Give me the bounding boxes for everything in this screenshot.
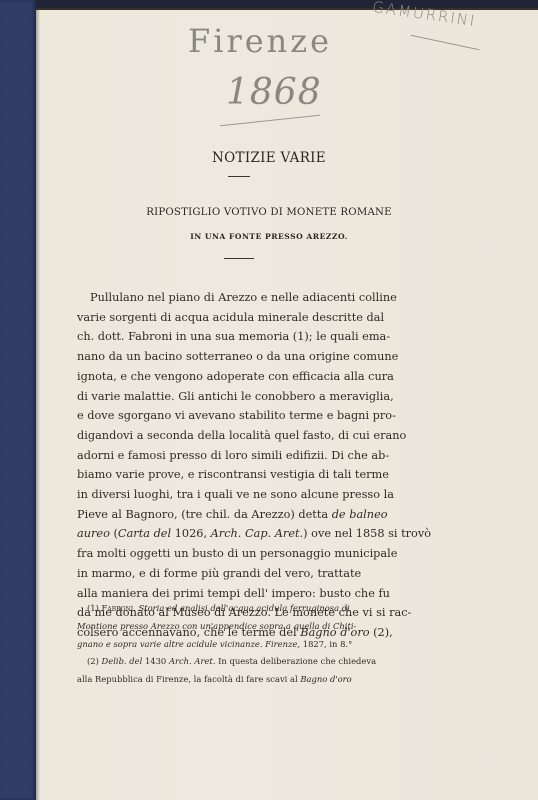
footnote-author: Fabroni. [102,603,136,613]
footnote-text: alla Repubblica di Firenze, la facoltà d… [77,674,298,684]
body-line: fra molti oggetti un busto di un persona… [77,544,341,564]
body-line: aureo (Carta del 1026, Arch. Cap. Aret.)… [77,524,341,544]
body-line: Pieve al Bagnoro, (tre chil. da Arezzo) … [77,505,341,525]
section-title: NOTIZIE VARIE [0,150,538,166]
body-line: biamo varie prove, e riscontransi vestig… [77,465,341,485]
book-binding [0,0,36,800]
footnote-text: In questa deliberazione che chiedeva [218,656,376,666]
footnote-marker: (1) [87,603,99,613]
body-line: digandovi a seconda della località quel … [77,426,341,446]
handwritten-year: 1868 [226,72,322,113]
body-line: ignota, e che vengono adoperate con effi… [77,367,341,387]
footnote-1-line: gnano e sopra varie altre acidule vicina… [77,636,342,654]
footnote-year: 1430 [145,656,166,666]
footnote-title: gnano e sopra varie altre acidule vicina… [77,639,300,649]
body-text-span: (2), [373,626,393,639]
footnote-2-line: (2) Delib. del 1430 Arch. Aret. In quest… [77,653,342,671]
body-line: in diversi luoghi, tra i quali ve ne son… [77,485,341,505]
footnote-italic: Bagno d'oro [300,674,351,684]
footnote-tail: 1827, in 8.° [303,639,353,649]
body-line: nano da un bacino sotterraneo o da una o… [77,347,341,367]
article-title: RIPOSTIGLIO VOTIVO DI MONETE ROMANE [0,207,538,218]
handwritten-city: Firenze [188,22,332,60]
body-line: ch. dott. Fabroni in una sua memoria (1)… [77,327,341,347]
article-subtitle: IN UNA FONTE PRESSO AREZZO. [0,232,538,241]
body-text-span: Pieve al Bagnoro, (tre chil. da Arezzo) … [77,508,328,521]
body-line: in marmo, e di forme più grandi del vero… [77,564,341,584]
subtitle-divider [224,258,254,259]
italic-term: Arch. Cap. Aret. [211,527,304,540]
italic-term: aureo [77,527,110,540]
body-line: varie sorgenti di acqua acidula minerale… [77,308,341,328]
footnote-archive: Arch. Aret. [169,656,216,666]
body-text-span: ) ove nel 1858 si trovò [303,527,431,540]
footnote-1-line: (1) Fabroni. Storia ed analisi dell'acqu… [77,600,342,618]
footnote-ref: Delib. del [102,656,143,666]
body-line: di varie malattie. Gli antichi le conobb… [77,387,341,407]
body-line: e dove sgorgano vi avevano stabilito ter… [77,406,341,426]
footnotes: (1) Fabroni. Storia ed analisi dell'acqu… [77,600,342,689]
body-text: Pullulano nel piano di Arezzo e nelle ad… [77,288,341,643]
footnote-title: Storia ed analisi dell'acqua acidula fer… [139,603,350,613]
italic-term: Carta del [118,527,171,540]
title-divider [228,176,250,177]
footnote-2-line: alla Repubblica di Firenze, la facoltà d… [77,671,342,689]
body-line: adorni e famosi presso di loro simili ed… [77,446,341,466]
italic-term: de balneo [332,508,388,521]
page-gutter-shadow [36,8,40,800]
footnote-marker: (2) [87,656,99,666]
body-text-span: 1026, [171,527,211,540]
body-line: Pullulano nel piano di Arezzo e nelle ad… [77,288,341,308]
footnote-1-line: Montione presso Arezzo con un'appendice … [77,618,342,636]
